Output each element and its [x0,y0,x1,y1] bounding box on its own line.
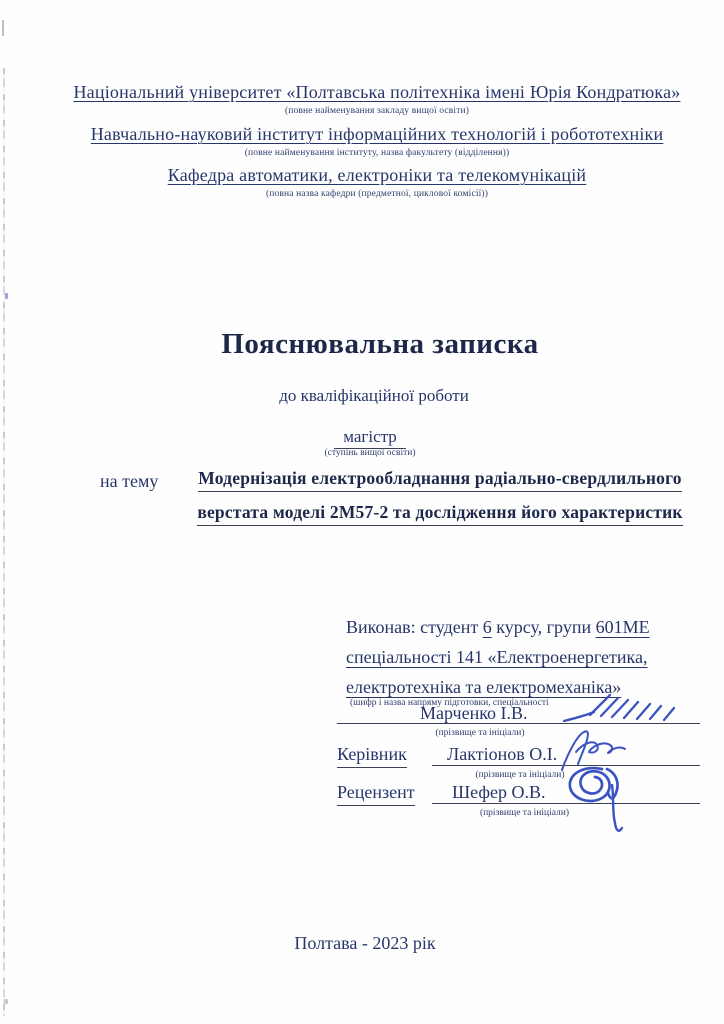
department-name: Кафедра автоматики, електроніки та телек… [30,165,724,186]
degree-caption: (ступінь вищої освіти) [30,448,710,458]
topic-lines: Модернізація електрообладнання радіально… [180,468,700,536]
degree-value: магістр [334,427,406,449]
institute-name-text: Навчально-науковий інститут інформаційни… [91,124,664,144]
institute-name: Навчально-науковий інститут інформаційни… [30,124,724,145]
department-caption: (повна назва кафедри (предметної, циклов… [30,189,724,200]
executor-course: 6 [483,617,492,637]
student-signature [560,692,692,724]
specialty-line-1: спеціальності 141 «Електроенергетика, [346,647,648,668]
student-name-caption: (прізвище та ініціали) [400,728,560,738]
reviewer-name: Шефер О.В. [452,782,546,803]
university-caption: (повне найменування закладу вищої освіти… [30,106,724,117]
institute-caption: (повне найменування інституту, назва фак… [30,148,724,159]
supervisor-label: Керівник [337,744,407,768]
executor-middle: курсу, групи [492,617,596,637]
executor-prefix: Виконав: студент [346,617,483,637]
department-name-text: Кафедра автоматики, електроніки та телек… [168,165,587,185]
document-subtitle: до кваліфікаційної роботи [30,386,718,406]
reviewer-label: Рецензент [337,782,415,806]
executor-group: 601МЕ [596,617,650,637]
university-name: Національний університет «Полтавська пол… [30,82,724,103]
reviewer-signature [562,763,642,848]
footer-city-year: Полтава - 2023 рік [20,933,710,954]
supervisor-name: Лактіонов О.І. [447,744,557,765]
reviewer-name-caption: (прізвище та ініціали) [432,808,617,818]
scan-edge-artifact [3,68,5,1016]
scan-speck-artifact [4,999,8,1004]
degree-row: магістр [30,427,710,449]
university-name-text: Національний університет «Полтавська пол… [73,82,680,102]
topic-label: на тему [100,471,158,492]
student-name: Марченко І.В. [420,703,528,724]
scan-speck-artifact [5,293,8,299]
executor-line: Виконав: студент 6 курсу, групи 601МЕ [346,617,650,638]
document-page: Національний університет «Полтавська пол… [0,0,724,1024]
document-title: Пояснювальна записка [30,328,724,361]
scan-dash-artifact [2,20,4,36]
topic-line-1: Модернізація електрообладнання радіально… [198,468,682,492]
topic-line-2: верстата моделі 2М57-2 та дослідження йо… [197,502,682,526]
